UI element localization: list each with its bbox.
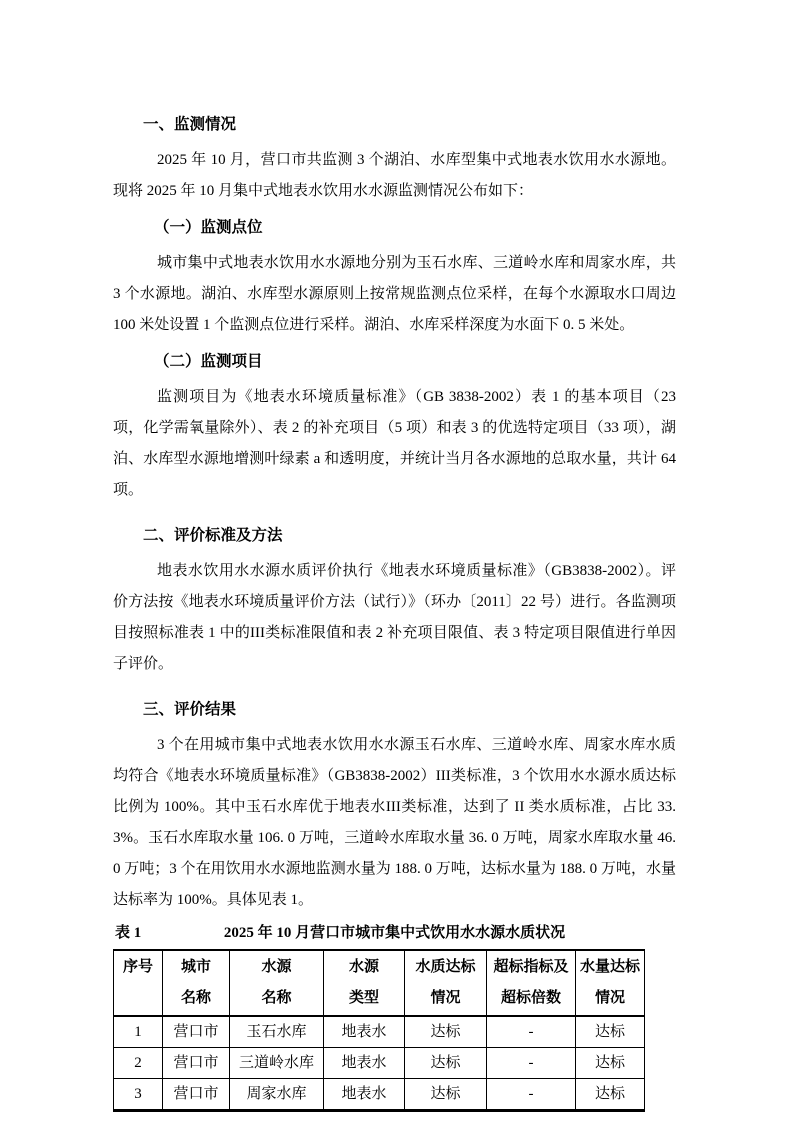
cell-source-type: 地表水 [324, 1048, 405, 1079]
paragraph-monitoring-overview: 2025 年 10 月，营口市共监测 3 个湖泊、水库型集中式地表水饮用水水源地… [113, 145, 676, 207]
cell-volume-status: 达标 [576, 1079, 645, 1111]
column-header-volume-status: 水量达标 情况 [576, 950, 645, 1016]
paragraph-monitoring-points: 城市集中式地表水饮用水水源地分别为玉石水库、三道岭水库和周家水库，共 3 个水源… [113, 248, 676, 341]
table-header-row: 序号 城市 名称 水源 名称 水源 类型 水质达标 情况 超标指标及 超标倍数 … [114, 950, 645, 1016]
table-row: 1 营口市 玉石水库 地表水 达标 - 达标 [114, 1016, 645, 1048]
document-body: 一、监测情况 2025 年 10 月，营口市共监测 3 个湖泊、水库型集中式地表… [113, 104, 676, 1112]
cell-volume-status: 达标 [576, 1016, 645, 1048]
table-row: 2 营口市 三道岭水库 地表水 达标 - 达标 [114, 1048, 645, 1079]
cell-source-name: 玉石水库 [230, 1016, 324, 1048]
cell-city-name: 营口市 [163, 1048, 230, 1079]
table-row: 3 营口市 周家水库 地表水 达标 - 达标 [114, 1079, 645, 1111]
cell-source-name: 周家水库 [230, 1079, 324, 1111]
cell-index: 2 [114, 1048, 163, 1079]
cell-quality-status: 达标 [405, 1079, 487, 1111]
heading-monitoring-situation: 一、监测情况 [113, 109, 676, 140]
column-header-quality-status: 水质达标 情况 [405, 950, 487, 1016]
heading-evaluation-results: 三、评价结果 [113, 694, 676, 725]
column-header-source-name: 水源 名称 [230, 950, 324, 1016]
cell-index: 3 [114, 1079, 163, 1111]
subheading-monitoring-points: （一）监测点位 [113, 212, 676, 243]
document-page: 一、监测情况 2025 年 10 月，营口市共监测 3 个湖泊、水库型集中式地表… [0, 0, 793, 1122]
column-header-source-type: 水源 类型 [324, 950, 405, 1016]
cell-exceedance: - [487, 1048, 576, 1079]
column-header-index: 序号 [114, 950, 163, 1016]
cell-quality-status: 达标 [405, 1016, 487, 1048]
table-caption-title: 2025 年 10 月营口市城市集中式饮用水水源水质状况 [224, 925, 565, 941]
cell-exceedance: - [487, 1079, 576, 1111]
column-header-city-name: 城市 名称 [163, 950, 230, 1016]
cell-quality-status: 达标 [405, 1048, 487, 1079]
paragraph-evaluation-standards: 地表水饮用水水源水质评价执行《地表水环境质量标准》（GB3838-2002）。评… [113, 556, 676, 680]
water-source-quality-table: 序号 城市 名称 水源 名称 水源 类型 水质达标 情况 超标指标及 超标倍数 … [113, 949, 645, 1112]
cell-index: 1 [114, 1016, 163, 1048]
cell-city-name: 营口市 [163, 1079, 230, 1111]
cell-source-type: 地表水 [324, 1079, 405, 1111]
table-caption-label: 表 1 [115, 921, 141, 945]
cell-city-name: 营口市 [163, 1016, 230, 1048]
cell-source-type: 地表水 [324, 1016, 405, 1048]
table-caption: 表 1 2025 年 10 月营口市城市集中式饮用水水源水质状况 [113, 921, 676, 945]
subheading-monitoring-items: （二）监测项目 [113, 346, 676, 377]
column-header-exceedance: 超标指标及 超标倍数 [487, 950, 576, 1016]
cell-source-name: 三道岭水库 [230, 1048, 324, 1079]
paragraph-evaluation-results: 3 个在用城市集中式地表水饮用水水源玉石水库、三道岭水库、周家水库水质均符合《地… [113, 730, 676, 916]
heading-evaluation-standards: 二、评价标准及方法 [113, 520, 676, 551]
paragraph-monitoring-items: 监测项目为《地表水环境质量标准》（GB 3838-2002）表 1 的基本项目（… [113, 382, 676, 506]
cell-volume-status: 达标 [576, 1048, 645, 1079]
cell-exceedance: - [487, 1016, 576, 1048]
